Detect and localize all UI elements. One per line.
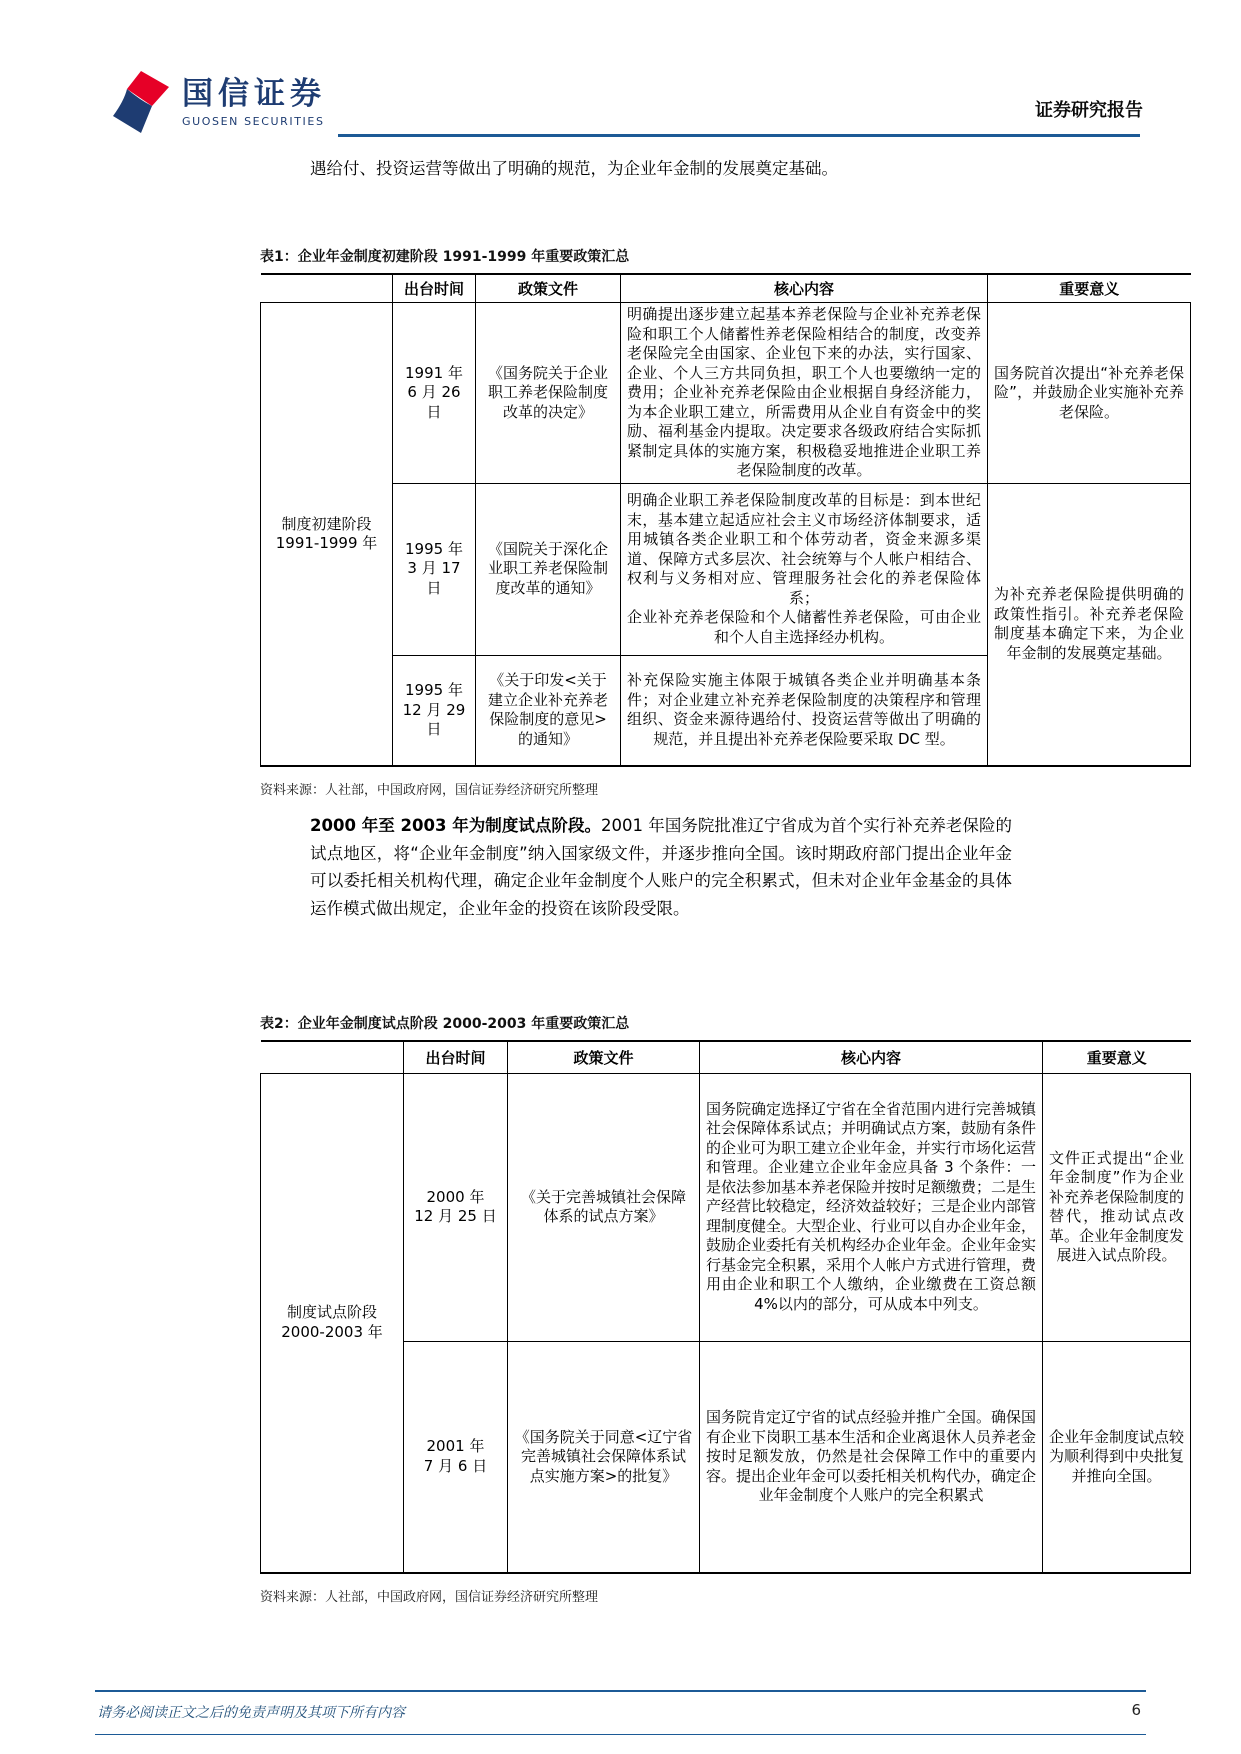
column-header-time: 出台时间 [404,1041,508,1073]
column-header-time: 出台时间 [393,274,476,303]
column-header-doc: 政策文件 [476,274,621,303]
table2-header-row: 出台时间 政策文件 核心内容 重要意义 [261,1041,1191,1073]
brand-text: 国信证券 GUOSEN SECURITIES [182,77,326,128]
core-cell: 国务院肯定辽宁省的试点经验并推广全国。确保国有企业下岗职工基本生活和企业离退休人… [700,1341,1043,1573]
doc-cell: 《关于完善城镇社会保障体系的试点方案》 [508,1073,700,1341]
brand-name-cn: 国信证券 [182,77,326,111]
core-cell: 明确提出逐步建立起基本养老保险与企业补充养老保险和职工个人储蓄性养老保险相结合的… [621,303,988,484]
footer-rule-bottom [95,1734,1146,1735]
table2-block: 表2：企业年金制度试点阶段 2000-2003 年重要政策汇总 出台时间 政策文… [260,1013,1190,1605]
importance-cell: 国务院首次提出“补充养老保险”，并鼓励企业实施补充养老保险。 [988,303,1191,484]
source-note: 资料来源：人社部，中国政府网，国信证券经济研究所整理 [260,1586,1190,1605]
column-header-importance: 重要意义 [988,274,1191,303]
importance-cell: 文件正式提出“企业年金制度”作为企业补充养老保险制度的替代，推动试点改革。企业年… [1043,1073,1191,1341]
intro-text: 遇给付、投资运营等做出了明确的规范，为企业年金制的发展奠定基础。 [310,156,838,182]
header-rule [338,134,1140,137]
date-cell: 2001 年 7 月 6 日 [404,1341,508,1573]
report-page: 国信证券 GUOSEN SECURITIES 证券研究报告 遇给付、投资运营等做… [0,0,1241,1754]
importance-cell: 企业年金制度试点较为顺利得到中央批复并推向全国。 [1043,1341,1191,1573]
date-cell: 1995 年 3 月 17 日 [393,483,476,655]
guosen-logo-icon [112,70,170,134]
column-header-importance: 重要意义 [1043,1041,1191,1073]
core-cell: 明确企业职工养老保险制度改革的目标是：到本世纪末，基本建立起适应社会主义市场经济… [621,483,988,655]
body-paragraph: 2000 年至 2003 年为制度试点阶段。2001 年国务院批准辽宁省成为首个… [310,812,1012,922]
phase-cell: 制度初建阶段 1991-1999 年 [261,303,393,767]
date-cell: 1991 年 6 月 26 日 [393,303,476,484]
source-note: 资料来源：人社部，中国政府网，国信证券经济研究所整理 [260,779,1190,798]
paragraph-bold-lead: 2000 年至 2003 年为制度试点阶段。 [310,816,601,835]
brand-name-en: GUOSEN SECURITIES [182,115,326,128]
core-cell: 补充保险实施主体限于城镇各类企业并明确基本条件；对企业建立补充养老保险制度的决策… [621,655,988,766]
table-row: 1995 年 3 月 17 日 《国院关于深化企业职工养老保险制度改革的通知》 … [261,483,1191,655]
footer-page-number: 6 [1131,1701,1141,1719]
table1-block: 表1：企业年金制度初建阶段 1991-1999 年重要政策汇总 出台时间 政策文… [260,246,1190,798]
footer-rule-top [95,1690,1146,1692]
date-cell: 1995 年 12 月 29 日 [393,655,476,766]
column-header-phase [261,1041,404,1073]
column-header-core: 核心内容 [700,1041,1043,1073]
table-row: 制度初建阶段 1991-1999 年 1991 年 6 月 26 日 《国务院关… [261,303,1191,484]
doc-cell: 《国院关于深化企业职工养老保险制度改革的通知》 [476,483,621,655]
phase-cell: 制度试点阶段 2000-2003 年 [261,1073,404,1573]
policy-table-1: 出台时间 政策文件 核心内容 重要意义 制度初建阶段 1991-1999 年 1… [260,273,1191,767]
core-cell: 国务院确定选择辽宁省在全省范围内进行完善城镇社会保障体系试点；并明确试点方案，鼓… [700,1073,1043,1341]
doc-cell: 《关于印发<关于建立企业补充养老保险制度的意见>的通知》 [476,655,621,766]
column-header-doc: 政策文件 [508,1041,700,1073]
doc-cell: 《国务院关于同意<辽宁省完善城镇社会保障体系试点实施方案>的批复》 [508,1341,700,1573]
date-cell: 2000 年 12 月 25 日 [404,1073,508,1341]
table1-header-row: 出台时间 政策文件 核心内容 重要意义 [261,274,1191,303]
footer-disclaimer: 请务必阅读正文之后的免责声明及其项下所有内容 [97,1702,405,1722]
importance-cell: 为补充养老保险提供明确的政策性指引。补充养老保险制度基本确定下来，为企业年金制的… [988,483,1191,766]
doc-type-label: 证券研究报告 [1035,96,1143,122]
doc-cell: 《国务院关于企业职工养老保险制度改革的决定》 [476,303,621,484]
policy-table-2: 出台时间 政策文件 核心内容 重要意义 制度试点阶段 2000-2003 年 2… [260,1040,1191,1574]
column-header-core: 核心内容 [621,274,988,303]
table1-title: 表1：企业年金制度初建阶段 1991-1999 年重要政策汇总 [260,246,1190,266]
table-row: 制度试点阶段 2000-2003 年 2000 年 12 月 25 日 《关于完… [261,1073,1191,1341]
column-header-phase [261,274,393,303]
header-logo: 国信证券 GUOSEN SECURITIES [112,70,326,134]
table2-title: 表2：企业年金制度试点阶段 2000-2003 年重要政策汇总 [260,1013,1190,1033]
